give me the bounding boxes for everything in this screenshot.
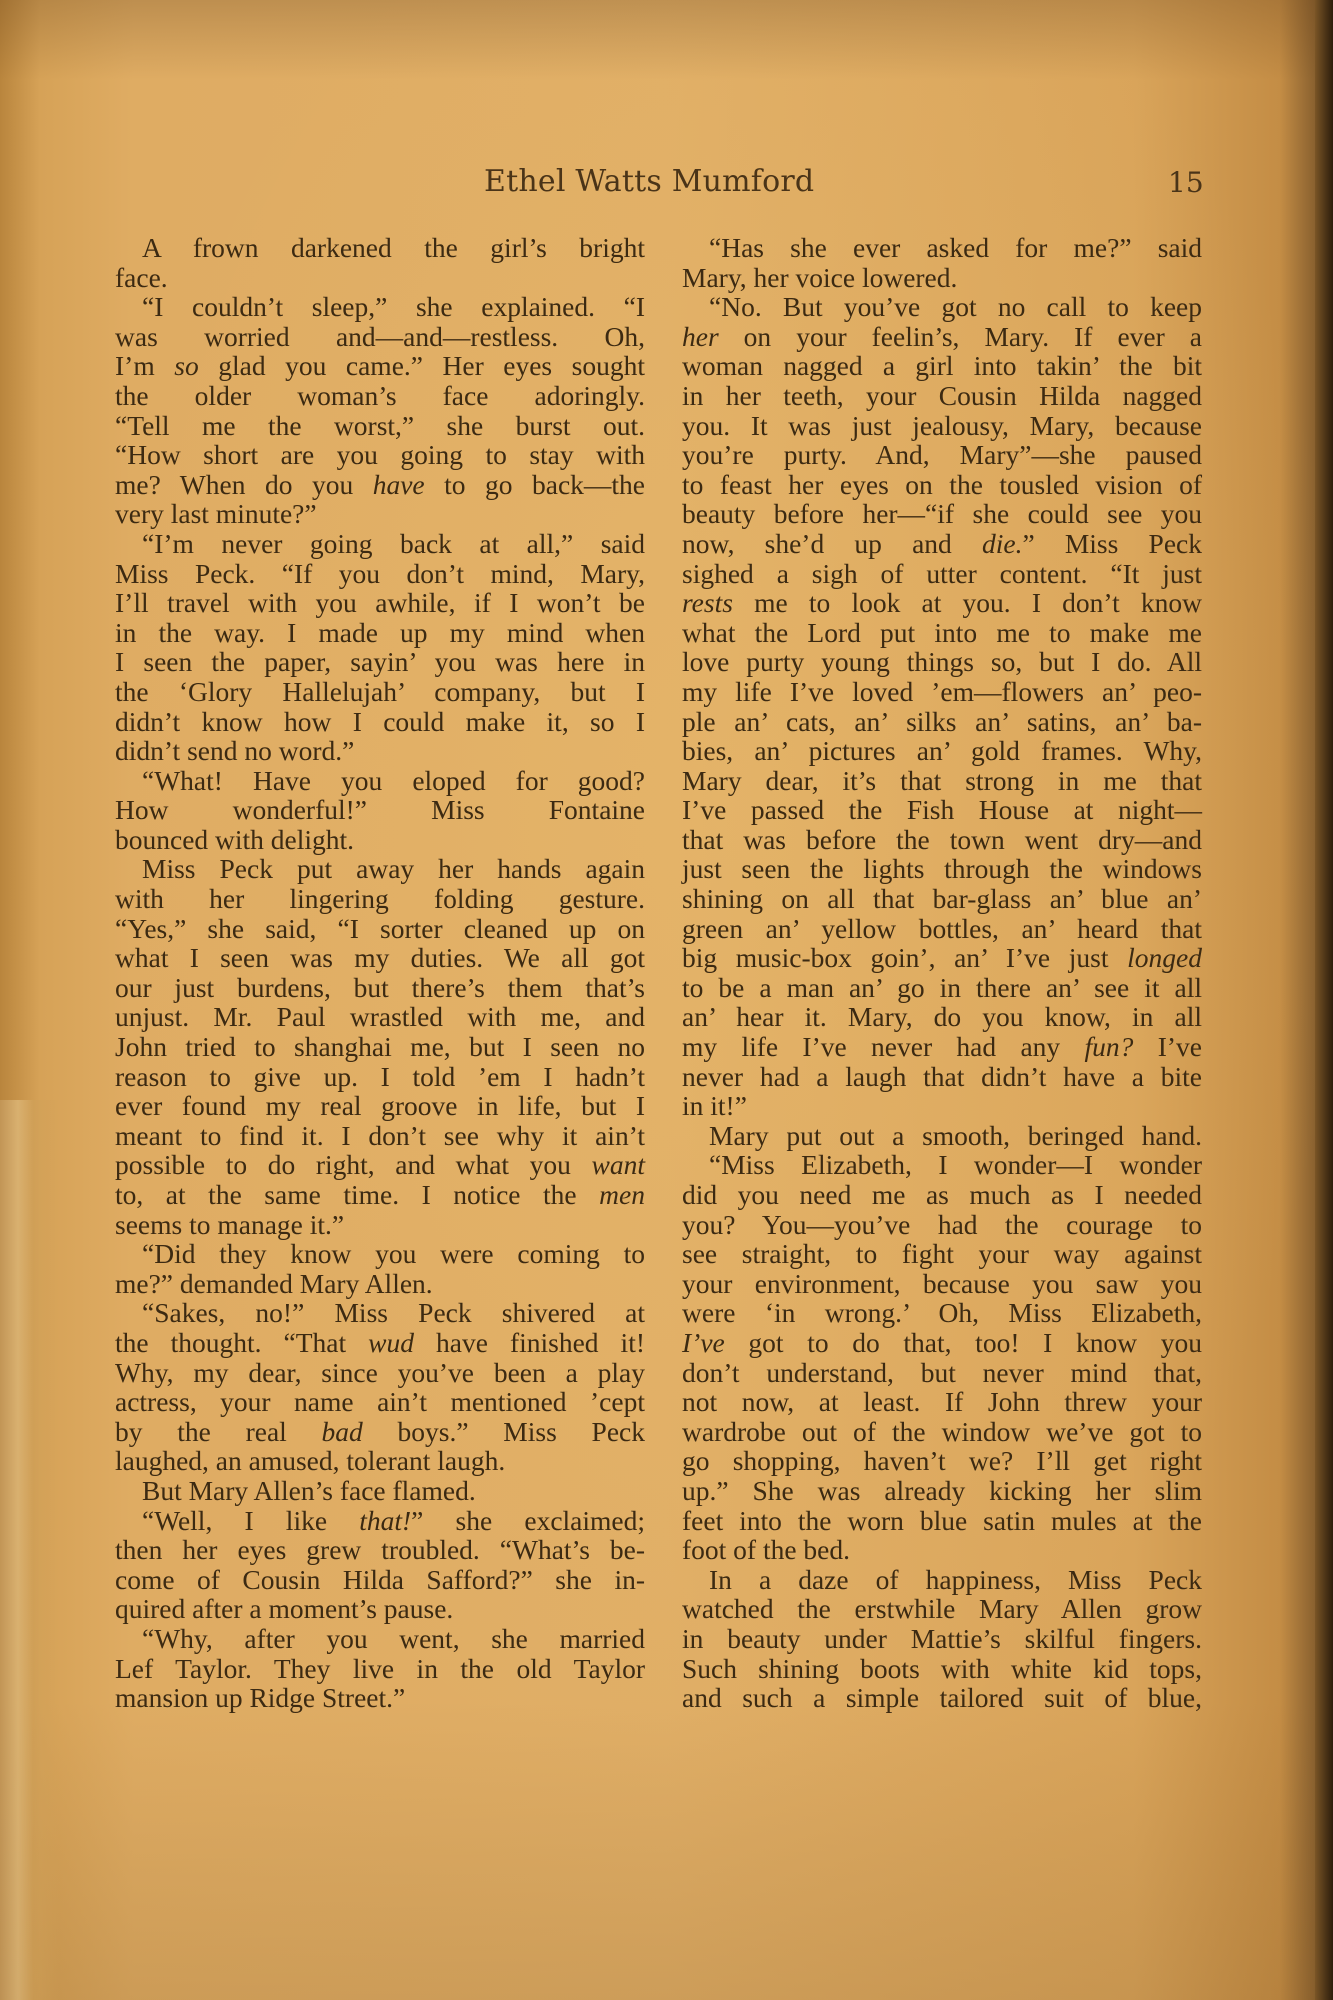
- text-line: me? When do you have to go back—the: [115, 470, 645, 500]
- text-line: in beauty under Mattie’s skilful fingers…: [682, 1624, 1202, 1654]
- text-line: I seen the paper, sayin’ you was here in: [115, 647, 645, 677]
- text-line: meant to find it. I don’t see why it ain…: [115, 1121, 645, 1151]
- text-line: Mary put out a smooth, beringed hand.: [682, 1121, 1202, 1151]
- text-line: unjust. Mr. Paul wrastled with me, and: [115, 1002, 645, 1032]
- text-line: Why, my dear, since you’ve been a play: [115, 1358, 645, 1388]
- text-line: go shopping, haven’t we? I’ll get right: [682, 1446, 1202, 1476]
- text-line: the ‘Glory Hallelujah’ company, but I: [115, 677, 645, 707]
- text-line: I’m so glad you came.” Her eyes sought: [115, 351, 645, 381]
- text-line: our just burdens, but there’s them that’…: [115, 973, 645, 1003]
- text-line: “Why, after you went, she married: [115, 1624, 645, 1654]
- text-line: face.: [115, 263, 645, 293]
- text-line: didn’t send no word.”: [115, 736, 645, 766]
- page-number: 15: [1168, 166, 1204, 199]
- text-line: were ‘in wrong.’ Oh, Miss Elizabeth,: [682, 1298, 1202, 1328]
- text-line: her on your feelin’s, Mary. If ever a: [682, 322, 1202, 352]
- text-line: “Has she ever asked for me?” said: [682, 233, 1202, 263]
- text-line: But Mary Allen’s face flamed.: [115, 1476, 645, 1506]
- text-line: laughed, an amused, tolerant laugh.: [115, 1446, 645, 1476]
- text-line: watched the erstwhile Mary Allen grow: [682, 1594, 1202, 1624]
- text-line: wardrobe out of the window we’ve got to: [682, 1417, 1202, 1447]
- text-line: “How short are you going to stay with: [115, 440, 645, 470]
- text-line: now, she’d up and die.” Miss Peck: [682, 529, 1202, 559]
- text-line: never had a laugh that didn’t have a bit…: [682, 1062, 1202, 1092]
- text-line: “I couldn’t sleep,” she explained. “I: [115, 292, 645, 322]
- text-line: what the Lord put into me to make me: [682, 618, 1202, 648]
- text-line: my life I’ve loved ’em—flowers an’ peo-: [682, 677, 1202, 707]
- text-line: in it!”: [682, 1091, 1202, 1121]
- text-line: ple an’ cats, an’ silks an’ satins, an’ …: [682, 707, 1202, 737]
- text-line: “What! Have you eloped for good?: [115, 766, 645, 796]
- text-line: with her lingering folding gesture.: [115, 884, 645, 914]
- text-line: then her eyes grew troubled. “What’s be-: [115, 1535, 645, 1565]
- page-gutter-shadow: [0, 1100, 60, 2000]
- text-line: to be a man an’ go in there an’ see it a…: [682, 973, 1202, 1003]
- text-line: see straight, to fight your way against: [682, 1239, 1202, 1269]
- text-line: did you need me as much as I needed: [682, 1180, 1202, 1210]
- page-edge-shadow: [1315, 0, 1333, 2000]
- text-line: the thought. “That wud have finished it!: [115, 1328, 645, 1358]
- text-line: Such shining boots with white kid tops,: [682, 1654, 1202, 1684]
- text-line: sighed a sigh of utter content. “It just: [682, 559, 1202, 589]
- text-line: ever found my real groove in life, but I: [115, 1091, 645, 1121]
- text-line: in her teeth, your Cousin Hilda nagged: [682, 381, 1202, 411]
- text-line: mansion up Ridge Street.”: [115, 1683, 645, 1713]
- text-line: foot of the bed.: [682, 1535, 1202, 1565]
- text-line: my life I’ve never had any fun? I’ve: [682, 1032, 1202, 1062]
- running-header: Ethel Watts Mumford 15: [0, 160, 1333, 210]
- text-line: “Did they know you were coming to: [115, 1239, 645, 1269]
- text-line: “No. But you’ve got no call to keep: [682, 292, 1202, 322]
- text-line: beauty before her—“if she could see you: [682, 499, 1202, 529]
- text-line: that was before the town went dry—and: [682, 825, 1202, 855]
- text-line: Miss Peck put away her hands again: [115, 854, 645, 884]
- running-title: Ethel Watts Mumford: [484, 164, 814, 199]
- text-line: very last minute?”: [115, 499, 645, 529]
- text-line: big music-box goin’, an’ I’ve just longe…: [682, 943, 1202, 973]
- text-line: me?” demanded Mary Allen.: [115, 1269, 645, 1299]
- text-line: “Yes,” she said, “I sorter cleaned up on: [115, 914, 645, 944]
- text-line: didn’t know how I could make it, so I: [115, 707, 645, 737]
- text-line: John tried to shanghai me, but I seen no: [115, 1032, 645, 1062]
- text-line: bounced with delight.: [115, 825, 645, 855]
- text-line: I’ve passed the Fish House at night—: [682, 795, 1202, 825]
- text-line: your environment, because you saw you: [682, 1269, 1202, 1299]
- text-line: to, at the same time. I notice the men: [115, 1180, 645, 1210]
- text-line: seems to manage it.”: [115, 1210, 645, 1240]
- text-line: possible to do right, and what you want: [115, 1150, 645, 1180]
- text-line: reason to give up. I told ’em I hadn’t: [115, 1062, 645, 1092]
- text-line: “Well, I like that!” she exclaimed;: [115, 1506, 645, 1536]
- text-line: in the way. I made up my mind when: [115, 618, 645, 648]
- text-line: I’ll travel with you awhile, if I won’t …: [115, 588, 645, 618]
- text-line: not now, at least. If John threw your: [682, 1387, 1202, 1417]
- text-line: Miss Peck. “If you don’t mind, Mary,: [115, 559, 645, 589]
- text-line: In a daze of happiness, Miss Peck: [682, 1565, 1202, 1595]
- text-line: “Sakes, no!” Miss Peck shivered at: [115, 1298, 645, 1328]
- text-line: Mary, her voice lowered.: [682, 263, 1202, 293]
- text-line: green an’ yellow bottles, an’ heard that: [682, 914, 1202, 944]
- text-column-right: “Has she ever asked for me?” saidMary, h…: [682, 233, 1202, 1713]
- text-line: you? You—you’ve had the courage to: [682, 1210, 1202, 1240]
- text-line: “I’m never going back at all,” said: [115, 529, 645, 559]
- text-line: don’t understand, but never mind that,: [682, 1358, 1202, 1388]
- text-line: “Miss Elizabeth, I wonder—I wonder: [682, 1150, 1202, 1180]
- text-line: A frown darkened the girl’s bright: [115, 233, 645, 263]
- book-page: Ethel Watts Mumford 15 A frown darkened …: [0, 0, 1333, 2000]
- text-line: How wonderful!” Miss Fontaine: [115, 795, 645, 825]
- text-line: actress, your name ain’t mentioned ’cept: [115, 1387, 645, 1417]
- text-line: feet into the worn blue satin mules at t…: [682, 1506, 1202, 1536]
- text-line: was worried and—and—restless. Oh,: [115, 322, 645, 352]
- text-line: what I seen was my duties. We all got: [115, 943, 645, 973]
- text-line: Lef Taylor. They live in the old Taylor: [115, 1654, 645, 1684]
- text-line: “Tell me the worst,” she burst out.: [115, 411, 645, 441]
- text-column-left: A frown darkened the girl’s brightface.“…: [115, 233, 645, 1713]
- text-line: love purty young things so, but I do. Al…: [682, 647, 1202, 677]
- text-line: Mary dear, it’s that strong in me that: [682, 766, 1202, 796]
- text-line: woman nagged a girl into takin’ the bit: [682, 351, 1202, 381]
- text-line: the older woman’s face adoringly.: [115, 381, 645, 411]
- text-line: to feast her eyes on the tousled vision …: [682, 470, 1202, 500]
- text-line: bies, an’ pictures an’ gold frames. Why,: [682, 736, 1202, 766]
- text-line: quired after a moment’s pause.: [115, 1594, 645, 1624]
- text-line: you’re purty. And, Mary”—she paused: [682, 440, 1202, 470]
- text-line: an’ hear it. Mary, do you know, in all: [682, 1002, 1202, 1032]
- text-line: just seen the lights through the windows: [682, 854, 1202, 884]
- text-line: and such a simple tailored suit of blue,: [682, 1683, 1202, 1713]
- text-line: you. It was just jealousy, Mary, because: [682, 411, 1202, 441]
- text-line: up.” She was already kicking her slim: [682, 1476, 1202, 1506]
- text-line: by the real bad boys.” Miss Peck: [115, 1417, 645, 1447]
- text-line: shining on all that bar-glass an’ blue a…: [682, 884, 1202, 914]
- text-line: rests me to look at you. I don’t know: [682, 588, 1202, 618]
- text-line: I’ve got to do that, too! I know you: [682, 1328, 1202, 1358]
- text-line: come of Cousin Hilda Safford?” she in-: [115, 1565, 645, 1595]
